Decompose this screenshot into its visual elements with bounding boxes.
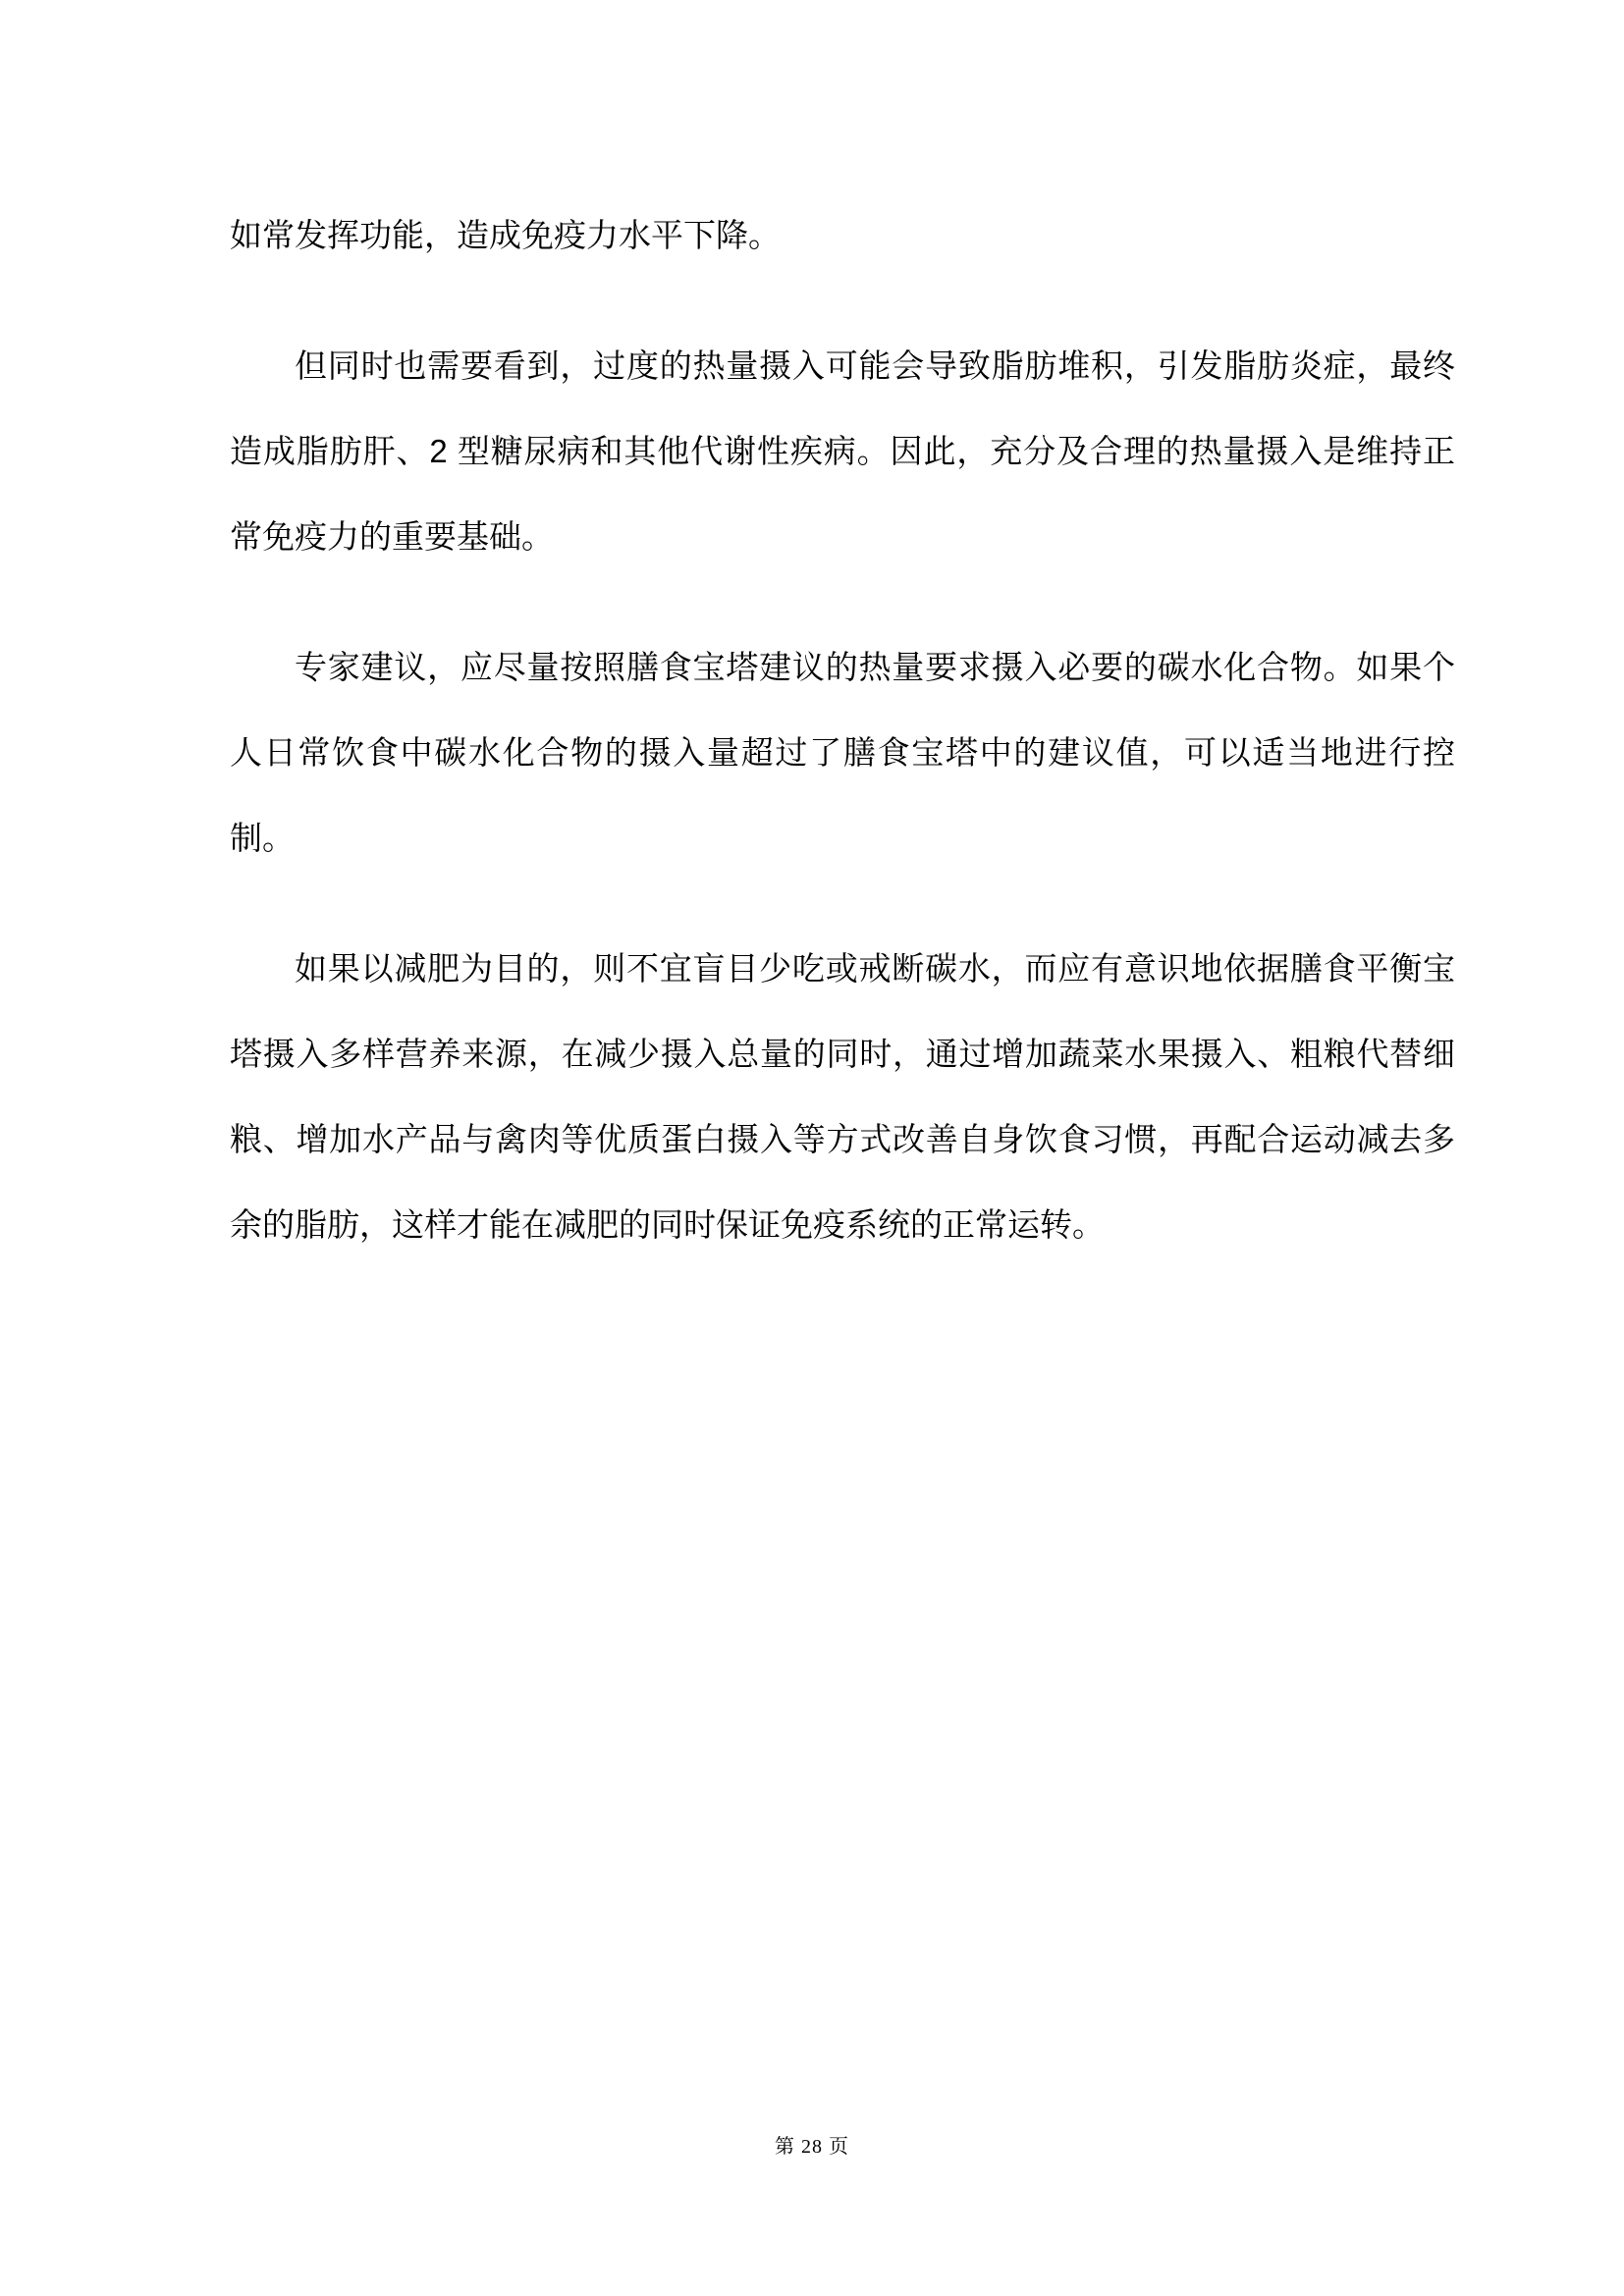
page-number: 第 28 页 (775, 2136, 849, 2158)
document-body: 如常发挥功能，造成免疫力水平下降。 但同时也需要看到，过度的热量摄入可能会导致脂… (230, 192, 1455, 1267)
page-footer: 第 28 页 (0, 2130, 1624, 2159)
paragraph: 但同时也需要看到，过度的热量摄入可能会导致脂肪堆积，引发脂肪炎症，最终造成脂肪肝… (230, 323, 1455, 579)
paragraph: 如果以减肥为目的，则不宜盲目少吃或戒断碳水，而应有意识地依据膳食平衡宝塔摄入多样… (230, 926, 1455, 1267)
document-page: 如常发挥功能，造成免疫力水平下降。 但同时也需要看到，过度的热量摄入可能会导致脂… (0, 0, 1624, 2296)
paragraph-continuation: 如常发挥功能，造成免疫力水平下降。 (230, 192, 1455, 278)
paragraph: 专家建议，应尽量按照膳食宝塔建议的热量要求摄入必要的碳水化合物。如果个人日常饮食… (230, 624, 1455, 881)
